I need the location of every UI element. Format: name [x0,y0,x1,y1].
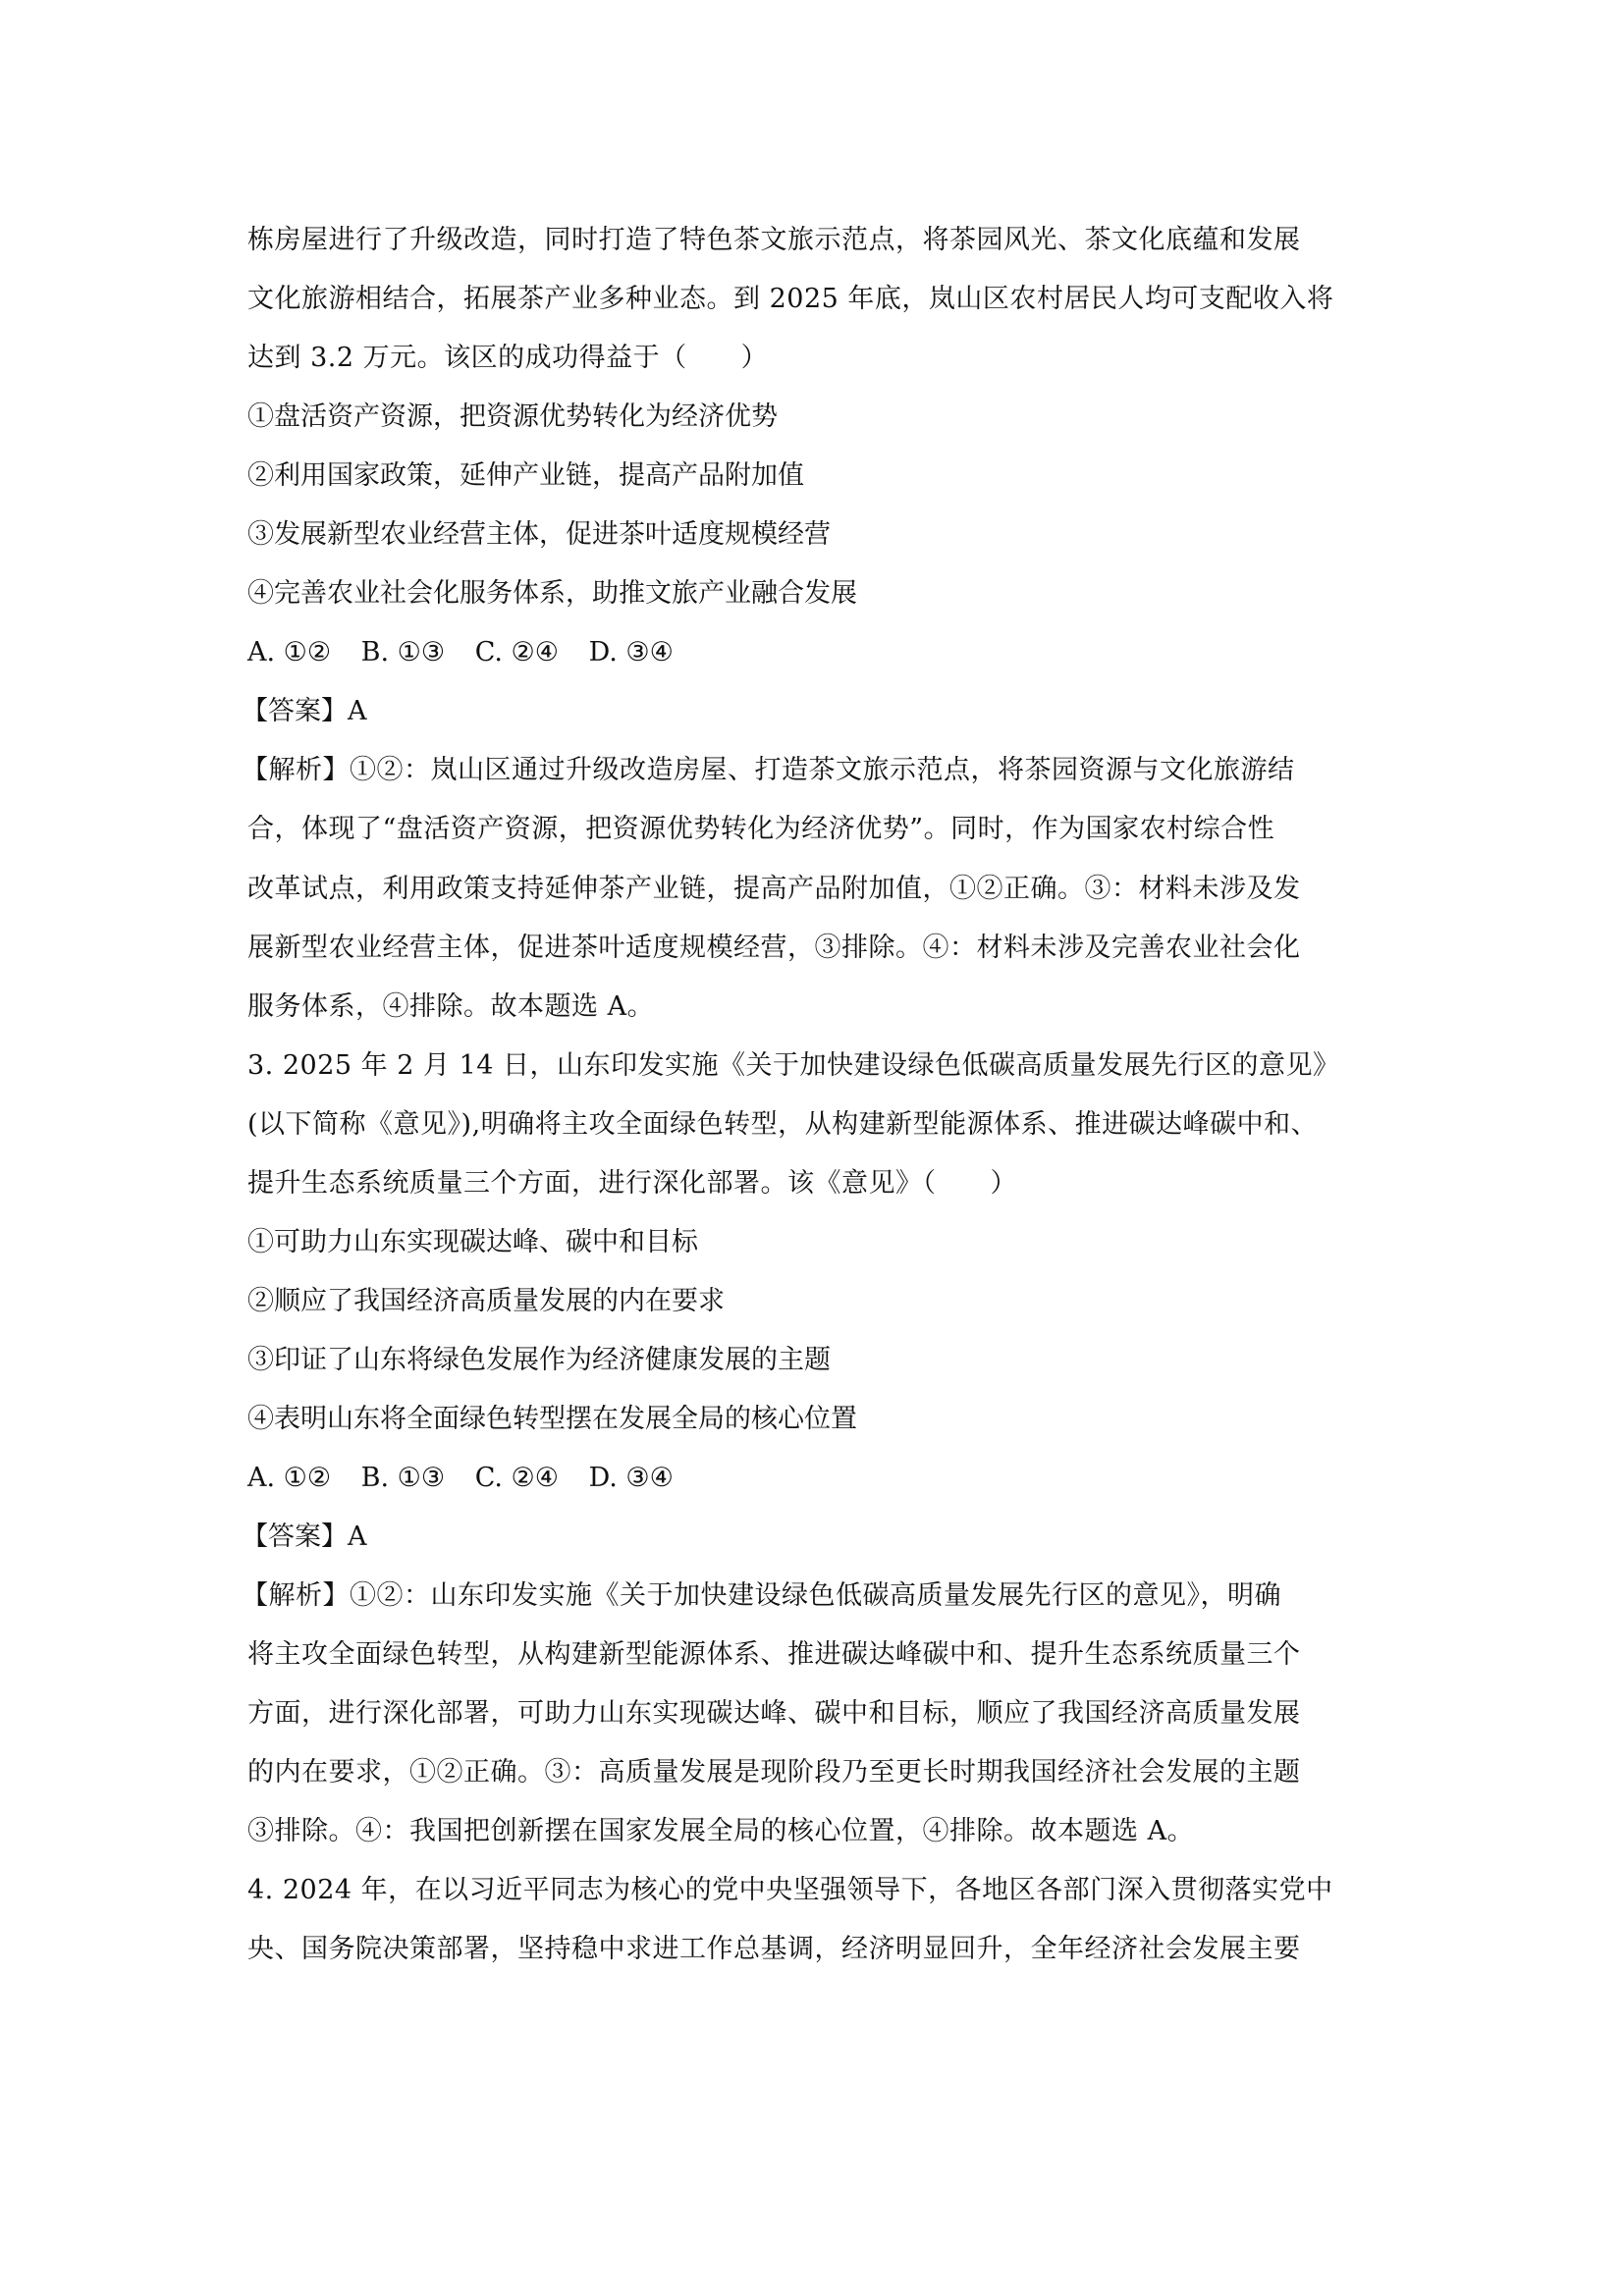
q2-analysis-line: 展新型农业经营主体，促进茶叶适度规模经营，③排除。④：材料未涉及完善农业社会化 [247,919,1386,978]
q2-statement: ③发展新型农业经营主体，促进茶叶适度规模经营 [247,506,1386,564]
q3-statement: ④表明山东将全面绿色转型摆在发展全局的核心位置 [247,1390,1386,1449]
question-3: 3. 2025 年 2 月 14 日，山东印发实施《关于加快建设绿色低碳高质量发… [247,1037,1386,1862]
q3-statement: ③印证了山东将绿色发展作为经济健康发展的主题 [247,1331,1386,1390]
q2-stem-line: 达到 3.2 万元。该区的成功得益于（ ） [247,329,1386,388]
q3-analysis-line: 将主攻全面绿色转型，从构建新型能源体系、推进碳达峰碳中和、提升生态系统质量三个 [247,1626,1386,1684]
q3-statement: ②顺应了我国经济高质量发展的内在要求 [247,1272,1386,1331]
q3-stem-line: (以下简称《意见》),明确将主攻全面绿色转型，从构建新型能源体系、推进碳达峰碳中… [247,1095,1386,1154]
q3-options: A. ①② B. ①③ C. ②④ D. ③④ [247,1449,1386,1508]
q3-analysis-line: 【解析】①②：山东印发实施《关于加快建设绿色低碳高质量发展先行区的意见》，明确 [242,1567,1386,1626]
q2-option-d: D. ③④ [589,637,674,667]
q2-analysis-line: 【解析】①②：岚山区通过升级改造房屋、打造茶文旅示范点，将茶园资源与文化旅游结 [242,741,1386,800]
q2-statement: ①盘活资产资源，把资源优势转化为经济优势 [247,388,1386,447]
q3-analysis-line: ③排除。④：我国把创新摆在国家发展全局的核心位置，④排除。故本题选 A。 [247,1802,1386,1861]
q2-analysis-line: 合，体现了“盘活资产资源，把资源优势转化为经济优势”。同时，作为国家农村综合性 [247,800,1386,859]
q2-option-b: B. ①③ [361,637,445,667]
q3-analysis-line: 的内在要求，①②正确。③：高质量发展是现阶段乃至更长时期我国经济社会发展的主题 [247,1743,1386,1802]
q2-stem-line: 栋房屋进行了升级改造，同时打造了特色茶文旅示范点，将茶园风光、茶文化底蕴和发展 [247,211,1386,270]
q2-options: A. ①② B. ①③ C. ②④ D. ③④ [247,623,1386,682]
q3-stem-line: 3. 2025 年 2 月 14 日，山东印发实施《关于加快建设绿色低碳高质量发… [247,1037,1386,1095]
q4-stem-line: 4. 2024 年，在以习近平同志为核心的党中央坚强领导下，各地区各部门深入贯彻… [247,1861,1386,1920]
q2-stem-line: 文化旅游相结合，拓展茶产业多种业态。到 2025 年底，岚山区农村居民人均可支配… [247,270,1386,329]
q3-answer: 【答案】A [242,1508,1386,1567]
q3-option-d: D. ③④ [589,1463,674,1493]
q2-option-c: C. ②④ [475,637,559,667]
q3-analysis-line: 方面，进行深化部署，可助力山东实现碳达峰、碳中和目标，顺应了我国经济高质量发展 [247,1684,1386,1743]
q2-statement: ②利用国家政策，延伸产业链，提高产品附加值 [247,447,1386,506]
q2-analysis-line: 服务体系，④排除。故本题选 A。 [247,978,1386,1037]
q3-option-b: B. ①③ [361,1463,445,1493]
q2-analysis-line: 改革试点，利用政策支持延伸茶产业链，提高产品附加值，①②正确。③：材料未涉及发 [247,860,1386,919]
q2-option-a: A. ①② [247,637,331,667]
question-2: 栋房屋进行了升级改造，同时打造了特色茶文旅示范点，将茶园风光、茶文化底蕴和发展 … [247,211,1386,1037]
document-page: 栋房屋进行了升级改造，同时打造了特色茶文旅示范点，将茶园风光、茶文化底蕴和发展 … [247,211,1386,1979]
q3-statement: ①可助力山东实现碳达峰、碳中和目标 [247,1213,1386,1272]
q2-answer: 【答案】A [242,682,1386,741]
q3-option-a: A. ①② [247,1463,331,1493]
q3-stem-line: 提升生态系统质量三个方面，进行深化部署。该《意见》（ ） [247,1154,1386,1213]
q3-option-c: C. ②④ [475,1463,559,1493]
q2-statement: ④完善农业社会化服务体系，助推文旅产业融合发展 [247,564,1386,623]
q4-stem-line: 央、国务院决策部署，坚持稳中求进工作总基调，经济明显回升，全年经济社会发展主要 [247,1920,1386,1979]
question-4: 4. 2024 年，在以习近平同志为核心的党中央坚强领导下，各地区各部门深入贯彻… [247,1861,1386,1979]
